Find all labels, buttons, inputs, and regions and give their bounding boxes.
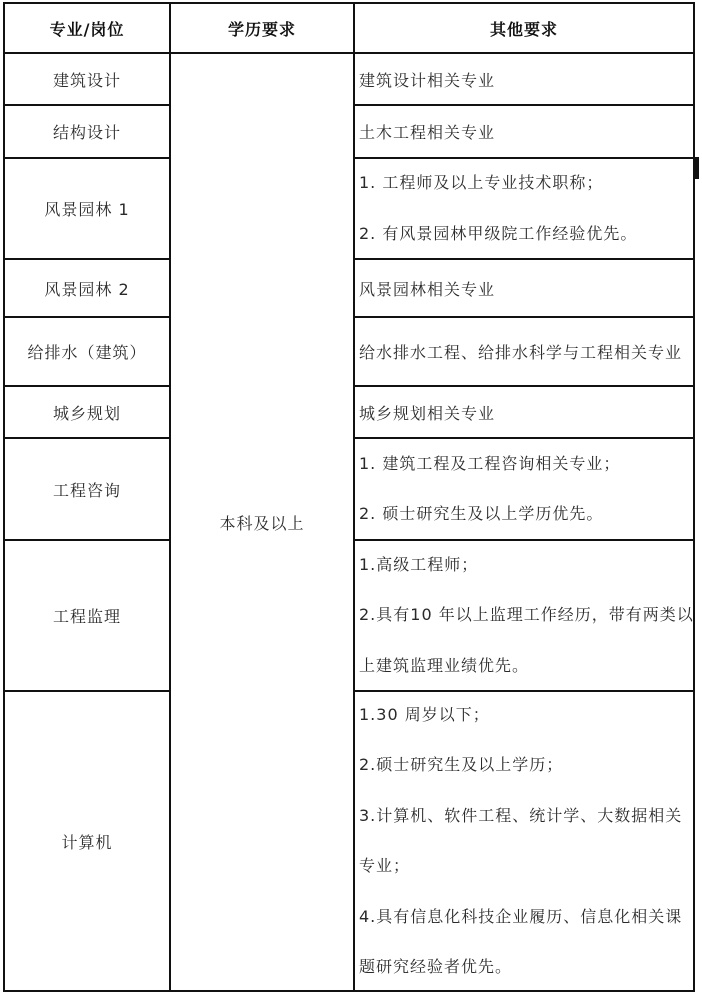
requirement-line: 1.高级工程师； [359,540,693,591]
position-name: 结构设计 [53,120,121,143]
job-requirements-table: 专业/岗位 学历要求 其他要求 本科及以上 建筑设计 建筑设计相关专业 结构设计… [3,2,695,992]
position-name: 工程咨询 [53,478,121,501]
table-row-requirements: 1.30 周岁以下； 2.硕士研究生及以上学历； 3.计算机、软件工程、统计学、… [353,690,695,992]
requirement-line: 1. 工程师及以上专业技术职称； [359,158,693,209]
education-requirement-value: 本科及以上 [219,511,304,534]
table-row-requirements: 土木工程相关专业 [353,104,695,159]
requirement-line: 2.具有10 年以上监理工作经历，带有两类以 [359,590,693,641]
requirement-line: 建筑设计相关专业 [359,68,495,91]
table-row-requirements: 给水排水工程、给排水科学与工程相关专业 [353,316,695,387]
requirement-line: 风景园林相关专业 [359,277,495,300]
table-row-position: 给排水（建筑） [3,316,171,387]
requirement-line: 3.计算机、软件工程、统计学、大数据相关 [359,791,693,842]
table-row-position: 工程咨询 [3,437,171,541]
position-name: 风景园林 2 [44,277,129,300]
requirement-line: 1.30 周岁以下； [359,690,693,741]
position-name: 给排水（建筑） [27,340,146,363]
requirement-line: 4.具有信息化科技企业履历、信息化相关课 [359,892,693,943]
header-position-label: 专业/岗位 [50,17,125,40]
position-name: 工程监理 [53,604,121,627]
header-position: 专业/岗位 [3,2,171,54]
table-row-position: 城乡规划 [3,385,171,439]
table-row-position: 建筑设计 [3,52,171,106]
position-name: 城乡规划 [53,401,121,424]
position-name: 计算机 [61,830,112,853]
header-other: 其他要求 [353,2,695,54]
table-row-requirements: 1.高级工程师； 2.具有10 年以上监理工作经历，带有两类以 上建筑监理业绩优… [353,539,695,692]
table-row-position: 计算机 [3,690,171,992]
requirement-line: 2. 有风景园林甲级院工作经验优先。 [359,209,693,260]
table-row-requirements: 1. 建筑工程及工程咨询相关专业； 2. 硕士研究生及以上学历优先。 [353,437,695,541]
requirement-line: 上建筑监理业绩优先。 [359,641,693,692]
table-row-position: 风景园林 2 [3,258,171,318]
table-row-requirements: 1. 工程师及以上专业技术职称； 2. 有风景园林甲级院工作经验优先。 [353,157,695,260]
position-name: 建筑设计 [53,68,121,91]
education-merged-cell: 本科及以上 [169,52,355,992]
requirement-line: 题研究经验者优先。 [359,942,693,993]
table-row-position: 结构设计 [3,104,171,159]
header-education-label: 学历要求 [228,17,296,40]
requirement-line: 1. 建筑工程及工程咨询相关专业； [359,439,693,490]
requirement-line: 专业； [359,841,693,892]
requirement-line: 给水排水工程、给排水科学与工程相关专业 [359,340,682,363]
header-education: 学历要求 [169,2,355,54]
requirement-line: 2. 硕士研究生及以上学历优先。 [359,489,693,540]
requirement-line: 土木工程相关专业 [359,120,495,143]
table-row-requirements: 风景园林相关专业 [353,258,695,318]
header-other-label: 其他要求 [490,17,558,40]
edge-marker [695,157,699,179]
table-row-position: 工程监理 [3,539,171,692]
table-row-requirements: 城乡规划相关专业 [353,385,695,439]
table-row-requirements: 建筑设计相关专业 [353,52,695,106]
requirement-line: 2.硕士研究生及以上学历； [359,740,693,791]
position-name: 风景园林 1 [44,197,129,220]
table-row-position: 风景园林 1 [3,157,171,260]
requirement-line: 城乡规划相关专业 [359,401,495,424]
